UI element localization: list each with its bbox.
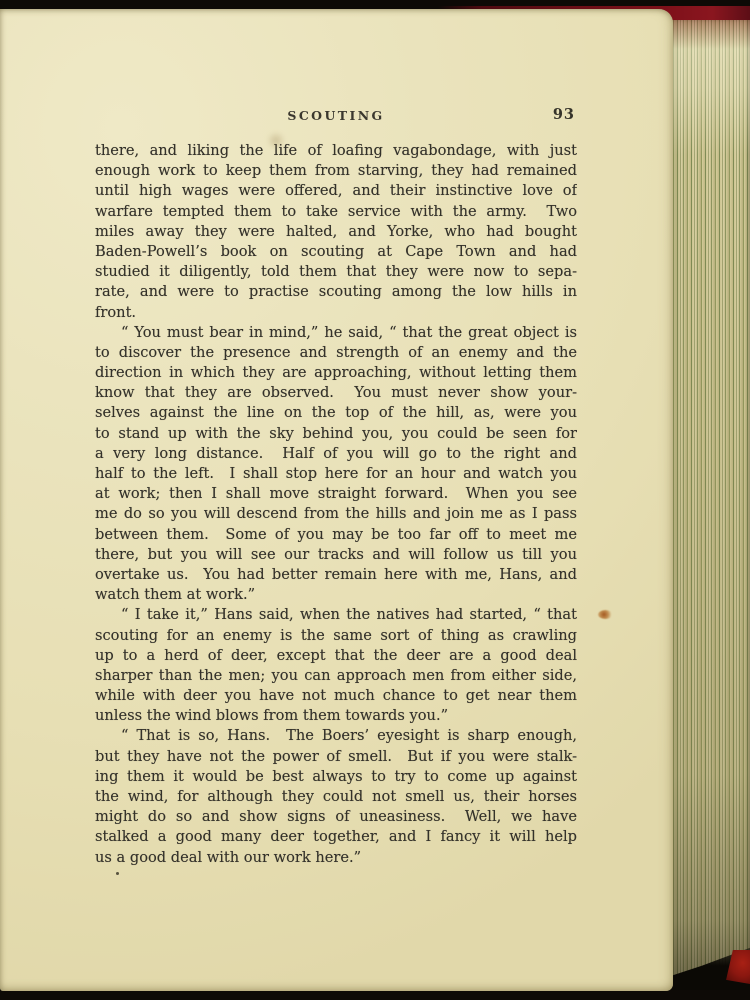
text-line: overtake us. You had better remain here … bbox=[95, 565, 577, 585]
text-line: half to the left. I shall stop here for … bbox=[95, 464, 577, 484]
paper-rust-stain bbox=[598, 610, 613, 619]
text-line: “ I take it,” Hans said, when the native… bbox=[95, 605, 577, 625]
book-photo: SCOUTING 93 there, and liking the life o… bbox=[0, 0, 750, 1000]
paragraph: there, and liking the life of loafing va… bbox=[95, 141, 577, 323]
text-line: Baden-Powell’s book on scouting at Cape … bbox=[95, 242, 577, 262]
text-line: stalked a good many deer together, and I… bbox=[95, 827, 577, 847]
text-line: warfare tempted them to take service wit… bbox=[95, 202, 577, 222]
text-line: while with deer you have not much chance… bbox=[95, 686, 577, 706]
book-fore-edge-pages bbox=[663, 20, 750, 988]
paragraph: “ I take it,” Hans said, when the native… bbox=[95, 605, 577, 726]
paragraph: “ You must bear in mind,” he said, “ tha… bbox=[95, 323, 577, 606]
text-line: “ That is so, Hans. The Boers’ eyesight … bbox=[95, 726, 577, 746]
paper-ink-dot bbox=[116, 872, 119, 875]
text-line: miles away they were halted, and Yorke, … bbox=[95, 222, 577, 242]
text-line: “ You must bear in mind,” he said, “ tha… bbox=[95, 323, 577, 343]
text-line: direction in which they are approaching,… bbox=[95, 363, 577, 383]
text-line: there, and liking the life of loafing va… bbox=[95, 141, 577, 161]
paragraph: “ That is so, Hans. The Boers’ eyesight … bbox=[95, 726, 577, 867]
text-line: up to a herd of deer, except that the de… bbox=[95, 646, 577, 666]
text-line: until high wages were offered, and their… bbox=[95, 181, 577, 201]
fore-edge-shading bbox=[663, 20, 750, 988]
text-line: there, but you will see our tracks and w… bbox=[95, 545, 577, 565]
text-line: studied it diligently, told them that th… bbox=[95, 262, 577, 282]
text-line: front. bbox=[95, 303, 577, 323]
text-line: between them. Some of you may be too far… bbox=[95, 525, 577, 545]
text-line: the wind, for although they could not sm… bbox=[95, 787, 577, 807]
text-line: watch them at work.” bbox=[95, 585, 577, 605]
printed-text-area: SCOUTING 93 there, and liking the life o… bbox=[95, 108, 577, 868]
page-number: 93 bbox=[553, 106, 575, 123]
text-line: us a good deal with our work here.” bbox=[95, 848, 577, 868]
text-line: unless the wind blows from them towards … bbox=[95, 706, 577, 726]
running-header: SCOUTING 93 bbox=[95, 108, 577, 123]
text-line: to stand up with the sky behind you, you… bbox=[95, 424, 577, 444]
text-line: a very long distance. Half of you will g… bbox=[95, 444, 577, 464]
text-line: me do so you will descend from the hills… bbox=[95, 504, 577, 524]
text-line: selves against the line on the top of th… bbox=[95, 403, 577, 423]
text-line: but they have not the power of smell. Bu… bbox=[95, 747, 577, 767]
text-line: to discover the presence and strength of… bbox=[95, 343, 577, 363]
body-text: there, and liking the life of loafing va… bbox=[95, 141, 577, 868]
running-title: SCOUTING bbox=[95, 108, 577, 123]
text-line: rate, and were to practise scouting amon… bbox=[95, 282, 577, 302]
text-line: might do so and show signs of uneasiness… bbox=[95, 807, 577, 827]
text-line: sharper than the men; you can approach m… bbox=[95, 666, 577, 686]
text-line: ing them it would be best always to try … bbox=[95, 767, 577, 787]
text-line: know that they are observed. You must ne… bbox=[95, 383, 577, 403]
text-line: at work; then I shall move straight forw… bbox=[95, 484, 577, 504]
book-page: SCOUTING 93 there, and liking the life o… bbox=[0, 9, 673, 991]
text-line: scouting for an enemy is the same sort o… bbox=[95, 626, 577, 646]
text-line: enough work to keep them from starving, … bbox=[95, 161, 577, 181]
